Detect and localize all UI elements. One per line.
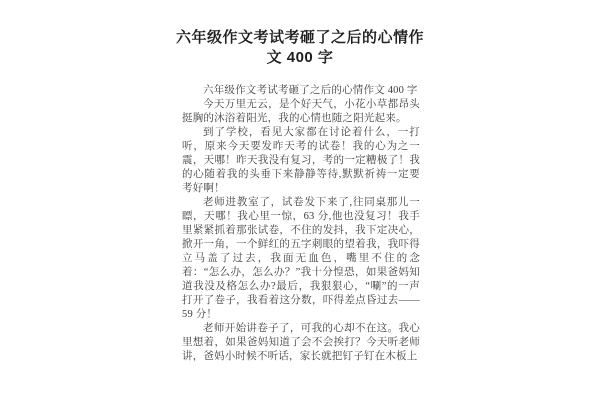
essay-page: 六年级作文考试考砸了之后的心情作 文 400 字 六年级作文考试考砸了之后的心情… [0,0,600,400]
essay-paragraph-title-repeat: 六年级作文考试考砸了之后的心情作文 400 字 [182,84,420,98]
essay-paragraph: 老师开始讲卷子了，可我的心却不在这。我心里想着，如果爸妈知道了会不会挨打？今天听… [182,322,420,364]
essay-title-line1: 六年级作文考试考砸了之后的心情作 [0,28,600,48]
essay-paragraph: 到了学校，看见大家都在讨论着什么，一打听，原来今天要发昨天考的试卷！我的心为之一… [182,126,420,196]
essay-title: 六年级作文考试考砸了之后的心情作 文 400 字 [0,28,600,68]
essay-paragraph: 今天万里无云，是个好天气，小花小草都昂头挺胸的沐浴着阳光，我的心情也随之阳光起来… [182,98,420,126]
essay-paragraph: 老师进教室了，试卷发下来了,往同桌那儿一瞟，天哪！我心里一惊，63 分,他也没复… [182,196,420,322]
essay-body: 六年级作文考试考砸了之后的心情作文 400 字 今天万里无云，是个好天气，小花小… [182,84,420,364]
essay-title-line2: 文 400 字 [0,48,600,68]
